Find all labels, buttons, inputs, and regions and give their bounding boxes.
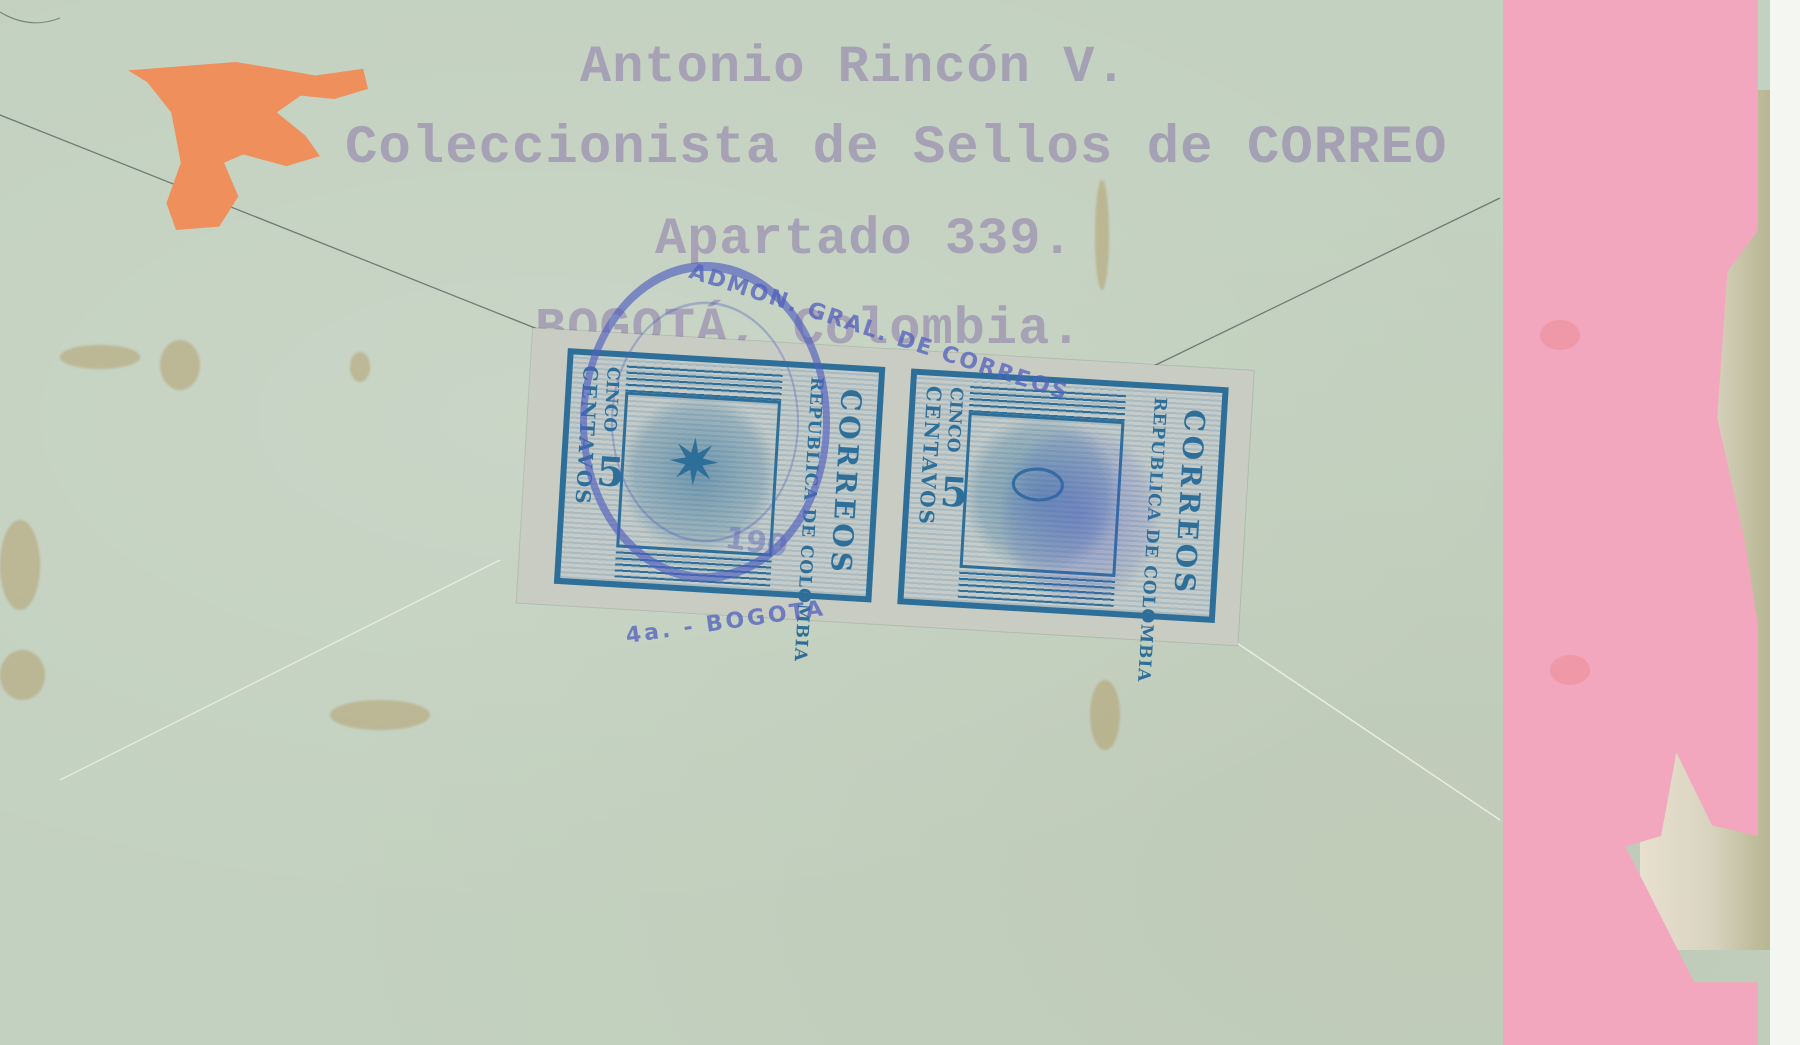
stamp-service: CORREOS — [1167, 408, 1211, 597]
return-address-name: Antonio Rincón V. — [580, 38, 1128, 97]
stain — [160, 340, 200, 390]
stain — [0, 650, 45, 700]
stain — [60, 345, 140, 369]
stain — [1095, 180, 1109, 290]
return-address-box: Apartado 339. — [655, 210, 1074, 269]
stain — [330, 700, 430, 730]
stamp-service: CORREOS — [824, 388, 868, 577]
stain — [1090, 680, 1120, 750]
stamp-value-words: CINCO — [942, 387, 966, 453]
stain — [0, 520, 40, 610]
postmark-inner-ring — [611, 302, 799, 543]
stain — [1540, 320, 1580, 350]
stamp-value-numeral: 5 — [939, 468, 970, 517]
stain — [1550, 655, 1590, 685]
stain — [350, 352, 370, 382]
cancel-smudge — [1000, 425, 1160, 605]
return-address-title: Coleccionista de Sellos de CORREO — [345, 118, 1447, 179]
